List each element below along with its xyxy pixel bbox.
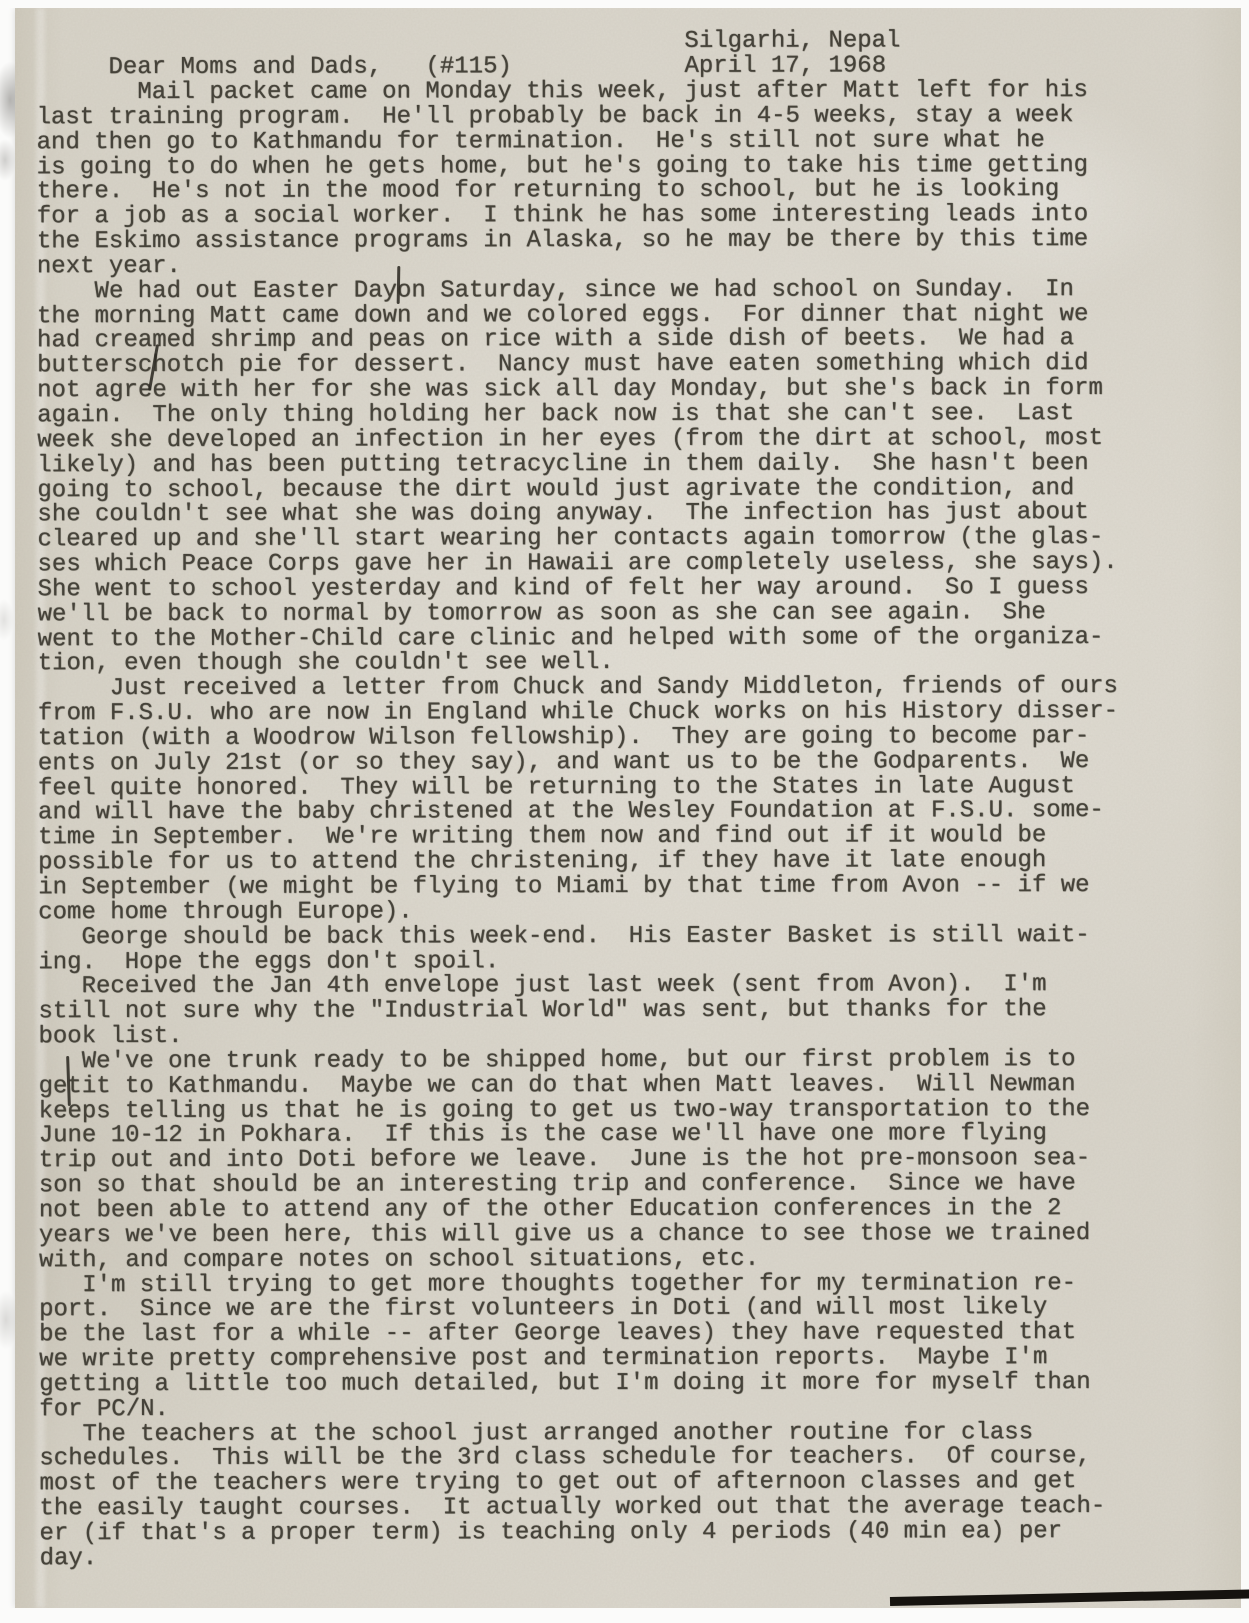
letter-line: still not sure why the "Industrial World… <box>38 998 1218 1025</box>
letter-line: went to the Mother-Child care clinic and… <box>38 625 1218 652</box>
scan-frame-top <box>0 0 1249 8</box>
letter-text-layer: Silgarhi, Nepal Dear Moms and Dads, (#11… <box>0 0 1249 1623</box>
letter-number: (#115) <box>425 55 511 80</box>
letter-line: George should be back this week-end. His… <box>38 923 1218 950</box>
letter-line: in September (we might be flying to Miam… <box>38 874 1218 901</box>
letter-line: years we've been here, this will give us… <box>39 1222 1219 1249</box>
letter-line: er (if that's a proper term) is teaching… <box>40 1520 1220 1547</box>
letter-line: day. <box>40 1545 1220 1572</box>
letter-salutation: Dear Moms and Dads, <box>108 55 382 80</box>
scan-frame-right <box>1241 0 1249 1623</box>
scan-frame-bottom <box>0 1608 1249 1623</box>
letter-line: the Eskimo assistance programs in Alaska… <box>37 228 1217 255</box>
letter-body: Mail packet came on Monday this week, ju… <box>36 79 1219 1572</box>
letter-line: getting a little too much detailed, but … <box>39 1371 1219 1398</box>
letter-line: for PC/N. <box>39 1395 1219 1422</box>
letter-place: Silgarhi, Nepal <box>684 29 900 54</box>
letter-date: April 17, 1968 <box>684 54 886 79</box>
